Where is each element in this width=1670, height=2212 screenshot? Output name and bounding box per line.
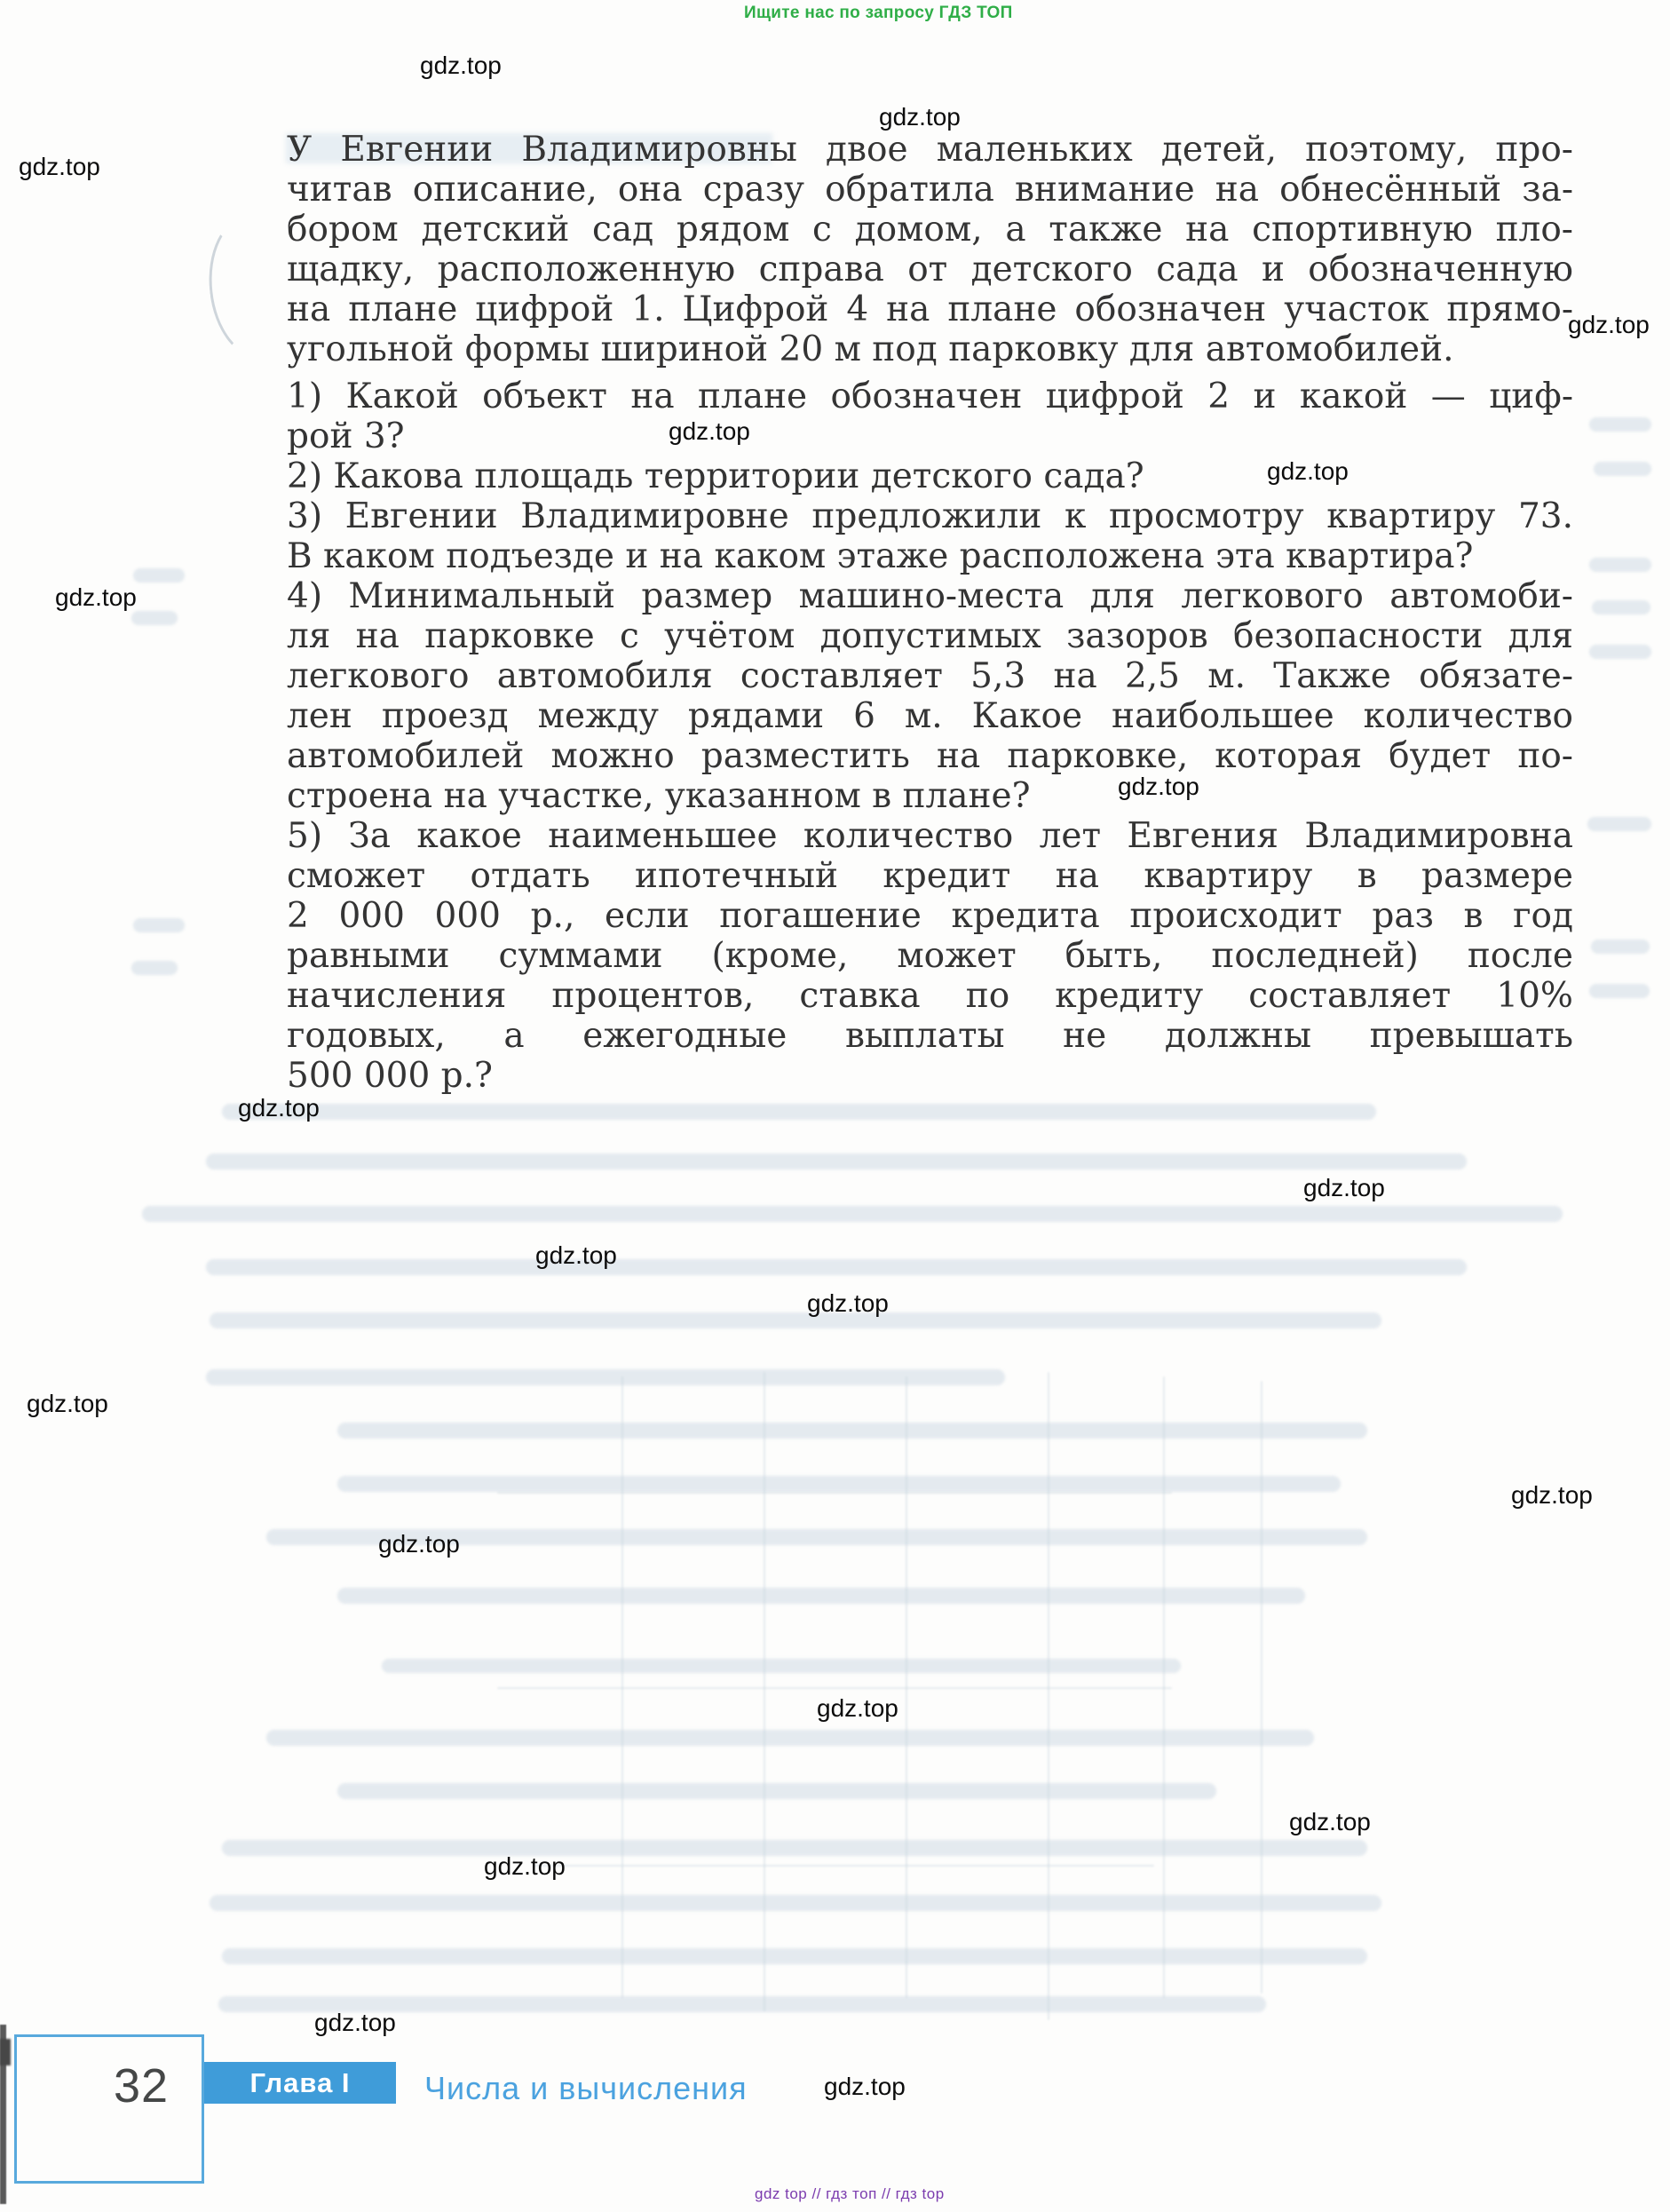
gdz-watermark: gdz.top — [1289, 1808, 1371, 1836]
text-line: бором детский сад рядом с домом, а также… — [287, 210, 1573, 250]
text-line: годовых, а ежегодные выплаты не должны п… — [287, 1016, 1573, 1056]
text-line: 4) Минимальный размер машино-места для л… — [287, 576, 1573, 616]
gdz-watermark: gdz.top — [27, 1390, 108, 1418]
text-line: 5) За какое наименьшее количество лет Ев… — [287, 816, 1573, 856]
text-line: лен проезд между рядами 6 м. Какое наибо… — [287, 696, 1573, 736]
gdz-watermark: gdz.top — [1267, 457, 1349, 486]
page-number-box — [14, 2034, 204, 2184]
ghost-plan-line — [497, 1687, 1172, 1689]
ghost-smudge — [131, 961, 178, 975]
text-line: легкового автомобиля составляет 5,3 на 2… — [287, 656, 1573, 696]
gdz-watermark: gdz.top — [420, 52, 502, 80]
text-line: сможет отдать ипотечный кредит на кварти… — [287, 856, 1573, 896]
gdz-watermark: gdz.top — [824, 2073, 906, 2101]
gdz-watermark: gdz.top — [55, 583, 137, 612]
text-line: 3) Евгении Владимировне предложили к про… — [287, 496, 1573, 536]
chapter-title: Числа и вычисления — [424, 2070, 748, 2107]
ghost-smudge — [133, 918, 185, 932]
gdz-watermark: gdz.top — [378, 1530, 460, 1558]
ghost-smudge — [337, 1588, 1305, 1604]
ghost-smudge — [1591, 940, 1650, 954]
text-line: угольной формы шириной 20 м под парковку… — [287, 329, 1573, 369]
gdz-watermark: gdz.top — [879, 103, 961, 131]
ghost-plan-line — [497, 1492, 1172, 1494]
ghost-smudge — [222, 1948, 1367, 1964]
ghost-smudge — [210, 1895, 1381, 1911]
ghost-smudge — [337, 1423, 1367, 1439]
ghost-smudge — [222, 1104, 1376, 1120]
ghost-smudge — [1589, 984, 1650, 998]
text-line: начисления процентов, ставка по кредиту … — [287, 976, 1573, 1016]
ghost-smudge — [337, 1476, 1341, 1492]
gdz-watermark: gdz.top — [19, 153, 100, 181]
page-number: 32 — [114, 2058, 169, 2113]
text-line: на плане цифрой 1. Цифрой 4 на плане обо… — [287, 289, 1573, 329]
gdz-watermark: gdz.top — [238, 1094, 320, 1122]
gdz-watermark: gdz.top — [1118, 773, 1199, 801]
gdz-watermark: gdz.top — [535, 1241, 617, 1270]
ghost-smudge — [1592, 600, 1650, 614]
ghost-smudge — [131, 611, 178, 625]
footer-micro-text: gdz top // гдз топ // гдз top — [755, 2185, 945, 2203]
ghost-smudge — [206, 1369, 1005, 1385]
ghost-smudge — [142, 1206, 1563, 1222]
ghost-smudge — [1589, 558, 1651, 572]
ghost-smudge — [206, 1259, 1467, 1275]
gdz-watermark: gdz.top — [1303, 1174, 1385, 1202]
ghost-smudge — [1587, 817, 1651, 831]
chapter-badge: Глава I — [204, 2062, 396, 2104]
text-line: щадку, расположенную справа от детского … — [287, 250, 1573, 289]
header-note: Ищите нас по запросу ГДЗ ТОП — [744, 4, 1013, 23]
text-line: рой 3? — [287, 416, 1573, 456]
ghost-smudge — [210, 1312, 1381, 1328]
text-line: ля на парковке с учётом допустимых зазор… — [287, 616, 1573, 656]
scanned-textbook-page: Ищите нас по запросу ГДЗ ТОП У Евгении В… — [0, 0, 1670, 2212]
ghost-plan-line — [1048, 1372, 1049, 2020]
text-line: 2 000 000 р., если погашение кредита про… — [287, 896, 1573, 936]
ghost-smudge — [1589, 645, 1651, 659]
ghost-smudge — [266, 1730, 1314, 1746]
text-line: равными суммами (кроме, может быть, посл… — [287, 936, 1573, 976]
gdz-watermark: gdz.top — [669, 417, 750, 446]
ghost-smudge — [222, 1840, 1367, 1856]
gdz-watermark: gdz.top — [817, 1694, 898, 1723]
gdz-watermark: gdz.top — [807, 1289, 889, 1318]
text-line: 1) Какой объект на плане обозначен цифро… — [287, 377, 1573, 416]
scan-edge-artifact — [0, 2039, 11, 2065]
ghost-smudge — [337, 1783, 1216, 1799]
ghost-smudge — [1589, 417, 1651, 432]
ghost-smudge — [1594, 462, 1651, 476]
gdz-watermark: gdz.top — [314, 2009, 396, 2037]
text-line: автомобилей можно разместить на парковке… — [287, 736, 1573, 776]
text-line: 2) Какова площадь территории детского са… — [287, 456, 1573, 496]
text-line: читав описание, она сразу обратила внима… — [287, 170, 1573, 210]
text-line: строена на участке, указанном в плане? — [287, 776, 1573, 816]
gdz-watermark: gdz.top — [1511, 1481, 1593, 1510]
text-line: У Евгении Владимировны двое маленьких де… — [287, 130, 1573, 170]
ghost-plan-line — [1261, 1381, 1262, 1994]
gdz-watermark: gdz.top — [1568, 311, 1650, 339]
ghost-plan-line — [533, 1865, 1154, 1867]
exercise-text: У Евгении Владимировны двое маленьких де… — [287, 130, 1573, 1096]
ghost-smudge — [382, 1659, 1181, 1673]
chapter-badge-label: Глава I — [249, 2067, 350, 2099]
ghost-smudge — [206, 1154, 1467, 1169]
ghost-plan-line — [764, 1372, 765, 2011]
text-line: 500 000 р.? — [287, 1056, 1573, 1096]
text-line: В каком подъезде и на каком этаже распол… — [287, 536, 1573, 576]
ghost-smudge — [133, 568, 185, 583]
gdz-watermark: gdz.top — [484, 1852, 566, 1881]
